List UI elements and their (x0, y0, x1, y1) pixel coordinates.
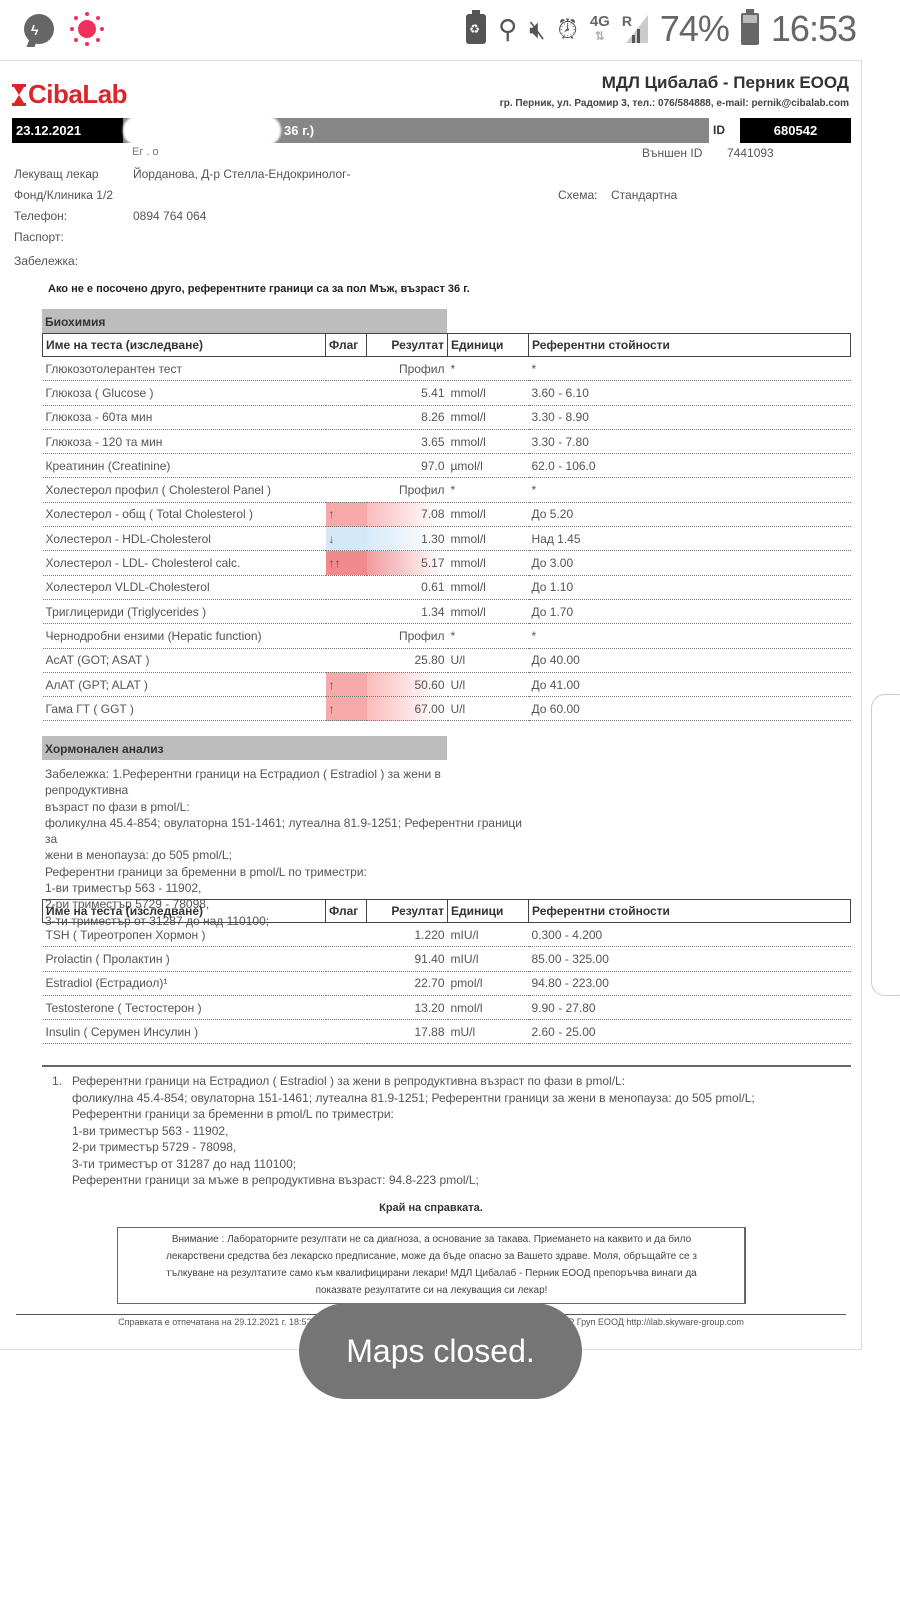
test-name: АсАТ (GOT; ASAT ) (43, 648, 326, 672)
units: nmol/l (448, 995, 529, 1019)
col-name: Име на теста (изследване) (43, 900, 326, 923)
id-value: 680542 (740, 118, 851, 143)
note-line: Референтни граници за бременни в pmol/L … (45, 864, 525, 880)
units: mmol/l (448, 599, 529, 623)
test-name: Триглицериди (Triglycerides ) (43, 599, 326, 623)
reference-range: * (529, 357, 851, 381)
test-name: АлАТ (GPT; ALAT ) (43, 672, 326, 696)
reference-range: 9.90 - 27.80 (529, 995, 851, 1019)
test-name: Глюкозотолерантен тест (43, 357, 326, 381)
scheme-value: Стандартна (611, 188, 677, 202)
end-of-report: Край на справката. (0, 1202, 862, 1214)
battery-saver-icon: ♻ (466, 14, 486, 44)
reference-range: До 5.20 (529, 502, 851, 526)
reference-range: До 1.10 (529, 575, 851, 599)
units: mmol/l (448, 405, 529, 429)
doctor-label: Лекуващ лекар (14, 167, 99, 181)
divider (42, 1065, 851, 1067)
note-line: възраст по фази в pmol/L: (45, 799, 525, 815)
disclaimer-line: показвате резултатите си на лекуващия си… (118, 1282, 745, 1299)
flag: ↑ (326, 697, 367, 721)
result-value: 13.20 (367, 995, 448, 1019)
section-biochemistry: Биохимия (42, 309, 447, 333)
flag: ↑↑ (326, 551, 367, 575)
table-row: Testosterone ( Тестостерон )13.20nmol/l9… (43, 995, 851, 1019)
test-name: Холестерол - общ ( Total Cholesterol ) (43, 502, 326, 526)
phone-value: 0894 764 064 (133, 209, 206, 223)
id-label: ID (713, 123, 725, 137)
test-name: Insulin ( Серумен Инсулин ) (43, 1020, 326, 1044)
flag: ↓ (326, 527, 367, 551)
flag (326, 429, 367, 453)
test-name: Глюкоза - 60та мин (43, 405, 326, 429)
result-value: 8.26 (367, 405, 448, 429)
units: mmol/l (448, 429, 529, 453)
footnote-line: 2-ри триместър 5729 - 78098, (72, 1139, 755, 1156)
col-result: Резултат (367, 334, 448, 357)
note-line: Забележка: 1.Референтни граници на Естра… (45, 766, 525, 799)
reference-range: До 1.70 (529, 599, 851, 623)
footnote-line: фоликулна 45.4-854; овулаторна 151-1461;… (72, 1090, 755, 1107)
result-value: Профил (367, 478, 448, 502)
table-row: TSH ( Тиреотропен Хормон )1.220mIU/l0.30… (43, 923, 851, 947)
battery-icon (741, 13, 759, 45)
result-value: 7.08 (367, 502, 448, 526)
flag (326, 971, 367, 995)
units: mIU/l (448, 947, 529, 971)
result-value: 1.220 (367, 923, 448, 947)
test-name: Глюкоза - 120 та мин (43, 429, 326, 453)
units: mmol/l (448, 575, 529, 599)
test-name: Чернодробни ензими (Hepatic function) (43, 624, 326, 648)
units: * (448, 478, 529, 502)
messenger-icon: ϟ (24, 14, 54, 44)
flag (326, 381, 367, 405)
result-value: 1.34 (367, 599, 448, 623)
units: µmol/l (448, 454, 529, 478)
external-id-value: 7441093 (727, 146, 774, 160)
test-name: Гама ГТ ( GGT ) (43, 697, 326, 721)
table-row: Холестерол VLDL-Cholesterol0.61mmol/lДо … (43, 575, 851, 599)
battery-percent: 74% (660, 8, 729, 50)
reference-range: 0.300 - 4.200 (529, 923, 851, 947)
test-name: Estradiol (Естрадиол)¹ (43, 971, 326, 995)
table-row: Глюкоза - 120 та мин3.65mmol/l3.30 - 7.8… (43, 429, 851, 453)
result-value: 0.61 (367, 575, 448, 599)
table-row: Глюкозотолерантен тестПрофил** (43, 357, 851, 381)
table-row: Prolactin ( Пролактин )91.40mIU/l85.00 -… (43, 947, 851, 971)
col-reference: Референтни стойности (529, 334, 851, 357)
reference-notice: Ако не е посочено друго, референтните гр… (48, 283, 470, 295)
col-name: Име на теста (изследване) (43, 334, 326, 357)
reference-range: До 41.00 (529, 672, 851, 696)
phone-label: Телефон: (14, 209, 67, 223)
note-label: Забележка: (14, 254, 78, 268)
reference-range: * (529, 478, 851, 502)
flag (326, 357, 367, 381)
test-name: Холестерол профил ( Cholesterol Panel ) (43, 478, 326, 502)
patient-age: 36 г.) (284, 123, 314, 138)
units: mmol/l (448, 502, 529, 526)
biochemistry-table: Име на теста (изследване) Флаг Резултат … (42, 333, 851, 721)
units: mU/l (448, 1020, 529, 1044)
disclaimer-border (744, 1227, 746, 1304)
result-value: 1.30 (367, 527, 448, 551)
note-line: жени в менопауза: до 505 pmol/L; (45, 847, 525, 863)
table-row: Estradiol (Естрадиол)¹22.70pmol/l94.80 -… (43, 971, 851, 995)
lab-address: гр. Перник, ул. Радомир 3, тел.: 076/584… (500, 98, 849, 109)
result-value: 97.0 (367, 454, 448, 478)
result-value: 5.17 (367, 551, 448, 575)
test-name: Testosterone ( Тестостерон ) (43, 995, 326, 1019)
table-row: Креатинин (Creatinine)97.0µmol/l62.0 - 1… (43, 454, 851, 478)
test-name: Холестерол - HDL-Cholesterol (43, 527, 326, 551)
result-value: Профил (367, 624, 448, 648)
table-row: АсАТ (GOT; ASAT )25.80U/lДо 40.00 (43, 648, 851, 672)
flag: ↑ (326, 672, 367, 696)
reference-range: 3.30 - 7.80 (529, 429, 851, 453)
table-row: АлАТ (GPT; ALAT )↑50.60U/lДо 41.00 (43, 672, 851, 696)
col-flag: Флаг (326, 900, 367, 923)
4g-data-icon: 4G⇅ (590, 15, 610, 43)
redacted-line: Ег . о (132, 146, 159, 158)
flag (326, 995, 367, 1019)
result-value: Профил (367, 357, 448, 381)
units: U/l (448, 672, 529, 696)
table-row: Триглицериди (Triglycerides )1.34mmol/lД… (43, 599, 851, 623)
external-id-label: Външен ID (642, 146, 702, 160)
toast-message: Maps closed. (299, 1303, 582, 1399)
flag (326, 599, 367, 623)
disclaimer-line: лекарствени средства без лекарско предпи… (118, 1248, 745, 1265)
mute-icon: 🔇︎ (529, 14, 545, 44)
result-value: 67.00 (367, 697, 448, 721)
test-name: Холестерол - LDL- Cholesterol calc. (43, 551, 326, 575)
flag (326, 478, 367, 502)
location-icon: ⚲ (498, 14, 517, 44)
reference-range: 94.80 - 223.00 (529, 971, 851, 995)
units: pmol/l (448, 971, 529, 995)
report-date: 23.12.2021 (12, 118, 123, 143)
units: mmol/l (448, 527, 529, 551)
reference-range: 3.30 - 8.90 (529, 405, 851, 429)
units: * (448, 357, 529, 381)
reference-range: До 40.00 (529, 648, 851, 672)
units: U/l (448, 648, 529, 672)
flag (326, 575, 367, 599)
col-result: Резултат (367, 900, 448, 923)
status-bar: ϟ ♻ ⚲ 🔇︎ ⏰︎ 4G⇅ R 74% 16:53 (0, 0, 900, 58)
disclaimer-line: тълкуване на резултатите само към квалиф… (118, 1265, 745, 1282)
result-value: 91.40 (367, 947, 448, 971)
note-line: 1-ви триместър 563 - 11902, (45, 880, 525, 896)
roaming-signal-icon: R (622, 15, 648, 43)
table-row: Холестерол - HDL-Cholesterol↓1.30mmol/lН… (43, 527, 851, 551)
result-value: 5.41 (367, 381, 448, 405)
footnote-line: 1-ви триместър 563 - 11902, (72, 1123, 755, 1140)
brightness-icon (70, 12, 104, 46)
test-name: Глюкоза ( Glucose ) (43, 381, 326, 405)
reference-range: Над 1.45 (529, 527, 851, 551)
footnote-line: Референтни граници на Естрадиол ( Estrad… (72, 1073, 755, 1090)
flag: ↑ (326, 502, 367, 526)
flag (326, 648, 367, 672)
passport-label: Паспорт: (14, 230, 64, 244)
doctor-value: Йорданова, Д-р Стелла-Ендокринолог- (133, 167, 351, 181)
test-name: Prolactin ( Пролактин ) (43, 947, 326, 971)
lab-name: МДЛ Цибалаб - Перник ЕООД (602, 73, 849, 93)
flag (326, 624, 367, 648)
flag (326, 923, 367, 947)
clock: 16:53 (771, 8, 856, 50)
disclaimer-line: Внимание : Лабораторните резултати не са… (118, 1231, 745, 1248)
table-row: Чернодробни ензими (Hepatic function)Про… (43, 624, 851, 648)
result-value: 22.70 (367, 971, 448, 995)
flag (326, 454, 367, 478)
units: U/l (448, 697, 529, 721)
footnote-line: Референтни граници за мъже в репродуктив… (72, 1172, 755, 1189)
footnote-line: Референтни граници за бременни в pmol/L … (72, 1106, 755, 1123)
result-value: 25.80 (367, 648, 448, 672)
patient-bar: 23.12.2021 36 г.) (12, 118, 709, 143)
reference-range: 2.60 - 25.00 (529, 1020, 851, 1044)
table-row: Холестерол - LDL- Cholesterol calc.↑↑5.1… (43, 551, 851, 575)
fund-label: Фонд/Клиника 1/2 (14, 188, 113, 202)
col-units: Единици (448, 334, 529, 357)
reference-range: * (529, 624, 851, 648)
scheme-label: Схема: (558, 188, 597, 202)
units: * (448, 624, 529, 648)
units: mmol/l (448, 381, 529, 405)
test-name: Креатинин (Creatinine) (43, 454, 326, 478)
flag (326, 1020, 367, 1044)
redacted-patient-name (123, 116, 281, 145)
table-row: Гама ГТ ( GGT )↑67.00U/lДо 60.00 (43, 697, 851, 721)
table-row: Холестерол профил ( Cholesterol Panel )П… (43, 478, 851, 502)
test-name: Холестерол VLDL-Cholesterol (43, 575, 326, 599)
col-units: Единици (448, 900, 529, 923)
units: mmol/l (448, 551, 529, 575)
section-hormones: Хормонален анализ (42, 736, 447, 760)
table-row: Холестерол - общ ( Total Cholesterol )↑7… (43, 502, 851, 526)
hormones-table: Име на теста (изследване) Флаг Резултат … (42, 899, 851, 1044)
flag (326, 947, 367, 971)
result-value: 50.60 (367, 672, 448, 696)
cibalab-logo: CibaLab (12, 79, 127, 110)
test-name: TSH ( Тиреотропен Хормон ) (43, 923, 326, 947)
reference-range: 62.0 - 106.0 (529, 454, 851, 478)
table-row: Insulin ( Серумен Инсулин )17.88mU/l2.60… (43, 1020, 851, 1044)
footnote-line: 3-ти триместър от 31287 до над 110100; (72, 1156, 755, 1173)
reference-range: До 60.00 (529, 697, 851, 721)
reference-range: До 3.00 (529, 551, 851, 575)
note-line: фоликулна 45.4-854; овулаторна 151-1461;… (45, 815, 525, 848)
edge-panel-handle[interactable] (871, 694, 900, 996)
table-row: Глюкоза ( Glucose )5.41mmol/l3.60 - 6.10 (43, 381, 851, 405)
reference-range: 3.60 - 6.10 (529, 381, 851, 405)
result-value: 17.88 (367, 1020, 448, 1044)
lab-report: CibaLab МДЛ Цибалаб - Перник ЕООД гр. Пе… (0, 60, 862, 1350)
col-flag: Флаг (326, 334, 367, 357)
table-row: Глюкоза - 60та мин8.26mmol/l3.30 - 8.90 (43, 405, 851, 429)
footnote: 1. Референтни граници на Естрадиол ( Est… (52, 1073, 755, 1189)
col-reference: Референтни стойности (529, 900, 851, 923)
hourglass-icon (12, 84, 26, 106)
disclaimer-box: Внимание : Лабораторните резултати не са… (117, 1227, 745, 1304)
reference-range: 85.00 - 325.00 (529, 947, 851, 971)
result-value: 3.65 (367, 429, 448, 453)
units: mIU/l (448, 923, 529, 947)
flag (326, 405, 367, 429)
alarm-icon: ⏰︎ (558, 14, 578, 44)
